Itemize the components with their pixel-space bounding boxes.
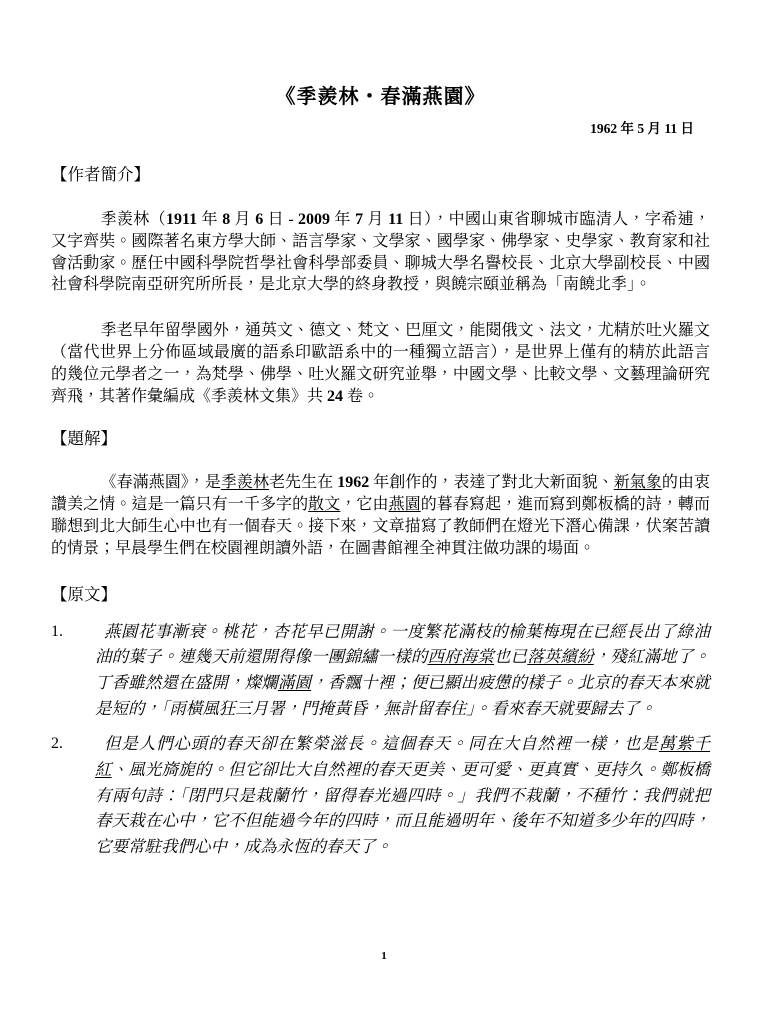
topic-note-paragraph: 《春滿燕園》，是季羨林老先生在 1962 年創作的，表達了對北大新面貌、新氣象的…	[51, 472, 710, 559]
section-heading-original-text: 【原文】	[51, 584, 710, 606]
author-intro-paragraph-1: 季羨林（1911 年 8 月 6 日 - 2009 年 7 月 11 日），中國…	[51, 209, 710, 296]
list-item-text: 燕園花事漸衰。桃花，杏花早已開謝。一度繁花滿枝的榆葉梅現在已經長出了綠油油的葉子…	[95, 619, 710, 722]
author-intro-paragraph-2: 季老早年留學國外，通英文、德文、梵文、巴厘文，能閱俄文、法文，尤精於吐火羅文（當…	[51, 320, 710, 407]
list-item-number: 1.	[51, 619, 95, 722]
list-item-text: 但是人們心頭的春天卻在繁榮滋長。這個春天。同在大自然裡一樣，也是萬紫千紅、風光旖…	[95, 731, 710, 860]
section-heading-author-intro: 【作者簡介】	[51, 164, 710, 186]
original-text-item-1: 1. 燕園花事漸衰。桃花，杏花早已開謝。一度繁花滿枝的榆葉梅現在已經長出了綠油油…	[51, 619, 710, 722]
document-date: 1962 年 5 月 11 日	[51, 120, 710, 138]
document-page: 《季羨林・春滿燕園》 1962 年 5 月 11 日 【作者簡介】 季羨林（19…	[0, 0, 768, 1024]
document-title: 《季羨林・春滿燕園》	[51, 84, 710, 110]
section-heading-topic-note: 【題解】	[51, 428, 710, 450]
list-item-number: 2.	[51, 731, 95, 860]
original-text-item-2: 2. 但是人們心頭的春天卻在繁榮滋長。這個春天。同在大自然裡一樣，也是萬紫千紅、…	[51, 731, 710, 860]
page-number: 1	[0, 949, 768, 963]
